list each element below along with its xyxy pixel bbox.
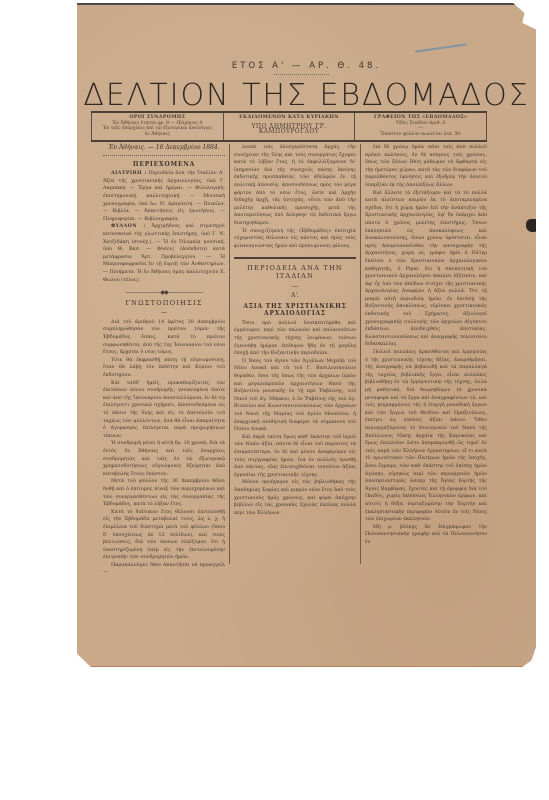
column-1: Ἐν Ἀθήναις. — 16 Δεκεμβρίου 1884. ΠΕΡΙΕΧ… — [99, 144, 229, 564]
notice-paragraph: Τότε θὰ ἐκφρασθῇ πάσῃ τῇ εὐγνωμοσύνῃ, ὅτ… — [103, 357, 225, 380]
contents-section-2: ΦΥΛΛΟΝ : Ἀρχιμήδους καὶ στρατηγοὶ κατασκ… — [103, 223, 225, 284]
article-paragraph: Πολλοὶ πολλάκις ἀρκεσθέντες καὶ ἐρμηνεία… — [365, 349, 487, 524]
issue-underline-divider — [274, 74, 329, 75]
short-divider: — — [234, 283, 356, 291]
intro-paragraph: λοιπὰ τοῖς ὁλοσχερέστατα ἀρχὰς, τὴν συνέ… — [234, 144, 356, 228]
subscription-terms: ΟΡΟΙ ΣΥΝΔΡΟΜΗΣ Ἐν Ἀθήναις ἐτησία φρ. 8 —… — [91, 113, 223, 140]
notice-heading: ΓΝΩΣΤΟΠΟΙΗΣΙΣ — [103, 300, 225, 308]
contents-section-1: ΔΙΑΤΡΙΒΗ : Περιοδεία ἀνὰ τὴν Ἰταλίαν Α'.… — [103, 170, 225, 223]
masthead-title: ΔΕΛΤΙΟΝ ΤΗΣ ΕΒΔΟΜΑΔΟΣ — [77, 78, 536, 113]
column-3: ἐπὶ δὲ χρόνῳ ἡμῶν πᾶσι τοῖς ἀπὸ πολλοῦ π… — [360, 144, 491, 564]
article-paragraph: Μόνον προήγαγον εἰς τὰς βιβλιοθήκας τῆς … — [234, 479, 356, 517]
intro-paragraph: Ἡ συνεχιζόμενη τῆς «Ἑβδομάδος» ἐπιτυχία … — [234, 228, 356, 251]
ink-blot — [526, 219, 538, 232]
article-subheading: ΑΞΙΑ ΤΗΣ ΧΡΙΣΤΙΑΝΙΚΗΣ ΑΡΧΑΙΟΛΟΓΙΑΣ — [234, 303, 356, 318]
article-paragraph: Ὅσοι πρὸ πολλοῦ ἐπισκεπτόμεθα καὶ ἐμμένο… — [234, 320, 356, 358]
column-2: λοιπὰ τοῖς ὁλοσχερέστατα ἀρχὰς, τὴν συνέ… — [229, 144, 360, 564]
notice-paragraph: Διὰ τοῦ ἀριθμοῦ 14 ἐφέτος 30 Δεκεμβρίου … — [103, 319, 225, 357]
masthead-info-box: ΟΡΟΙ ΣΥΝΔΡΟΜΗΣ Ἐν Ἀθήναις ἐτησία φρ. 8 —… — [91, 111, 487, 142]
article-paragraph: Μὴ ρ. βλέπῃς ἂν ἐπιγράψωμεν τὴν Πελοπονν… — [365, 524, 487, 547]
date-line: Ἐν Ἀθήναις. — 16 Δεκεμβρίου 1884. — [103, 144, 225, 156]
article-number: Α'. — [234, 292, 356, 300]
section-divider — [234, 257, 356, 259]
ornamental-divider: ———————◆◆——————— — [103, 289, 225, 297]
notice-paragraph: Κατὰ τὸ διάτοκον ἔτος θέλουσι ἐπιτελεσθῇ… — [103, 509, 225, 562]
short-divider: — — [103, 309, 225, 317]
notice-paragraph: Ἡ συνδρομὴ μένει ἡ αὐτὴ δρ. 10 χρυσὰ, δι… — [103, 440, 225, 478]
article-paragraph: Ὁ Ναὸς τοῦ ἁγίου τῶν Ἀγγέλων Μιχαὴλ τοῦ … — [234, 358, 356, 434]
contents-heading: ΠΕΡΙΕΧΟΜΕΝΑ — [103, 161, 225, 169]
publisher-info: ΕΚΔΙΔΟΜΕΝΟΝ ΚΑΤΑ ΚΥΡΙΑΚΗΝ ΥΠΟ ΔΗΜΗΤΡΙΟΥ … — [223, 113, 355, 140]
text-columns: Ἐν Ἀθήναις. — 16 Δεκεμβρίου 1884. ΠΕΡΙΕΧ… — [99, 144, 491, 564]
article-paragraph: ἐπὶ δὲ χρόνῳ ἡμῶν πᾶσι τοῖς ἀπὸ πολλοῦ π… — [365, 144, 487, 190]
newspaper-page: ΕΤΟΣ Α' — ΑΡ. Θ. 48. ΔΕΛΤΙΟΝ ΤΗΣ ΕΒΔΟΜΑΔ… — [77, 3, 536, 667]
article-heading: ΠΕΡΙΟΔΕΙΑ ΑΝΑ ΤΗΝ ΙΤΑΛΙΑΝ — [234, 265, 356, 280]
notice-paragraph: Καὶ ταῦθ' ἡμεῖς, προκαθορίζοντες τὸν ἐπι… — [103, 380, 225, 441]
issue-number: ΕΤΟΣ Α' — ΑΡ. Θ. 48. — [77, 61, 536, 71]
notice-paragraph: Μετὰ τοῦ φύλλου τῆς 30 Δεκεμβρίου θέλει … — [103, 478, 225, 508]
notice-paragraph: Παρακαλοῦμεν ὅθεν ἀπαντῆσαι νὰ προαγγείλ… — [103, 562, 225, 577]
article-paragraph: Καὶ παρὰ ταῦτα ὅμως καθ' ἑκάστην τοῦ ἱερ… — [234, 434, 356, 480]
article-paragraph: Καὶ ἄλλοτε τὸ ἐξετάζομεν καὶ τὰ τὸ πολλὰ… — [365, 190, 487, 349]
office-info: ΓΡΑΦΕΙΟΝ ΤΗΣ «ΕΒΔΟΜΑΔΟΣ» Ὁδὸς Σταδίου ἀρ… — [354, 113, 487, 140]
blue-pen-mark — [415, 43, 467, 52]
